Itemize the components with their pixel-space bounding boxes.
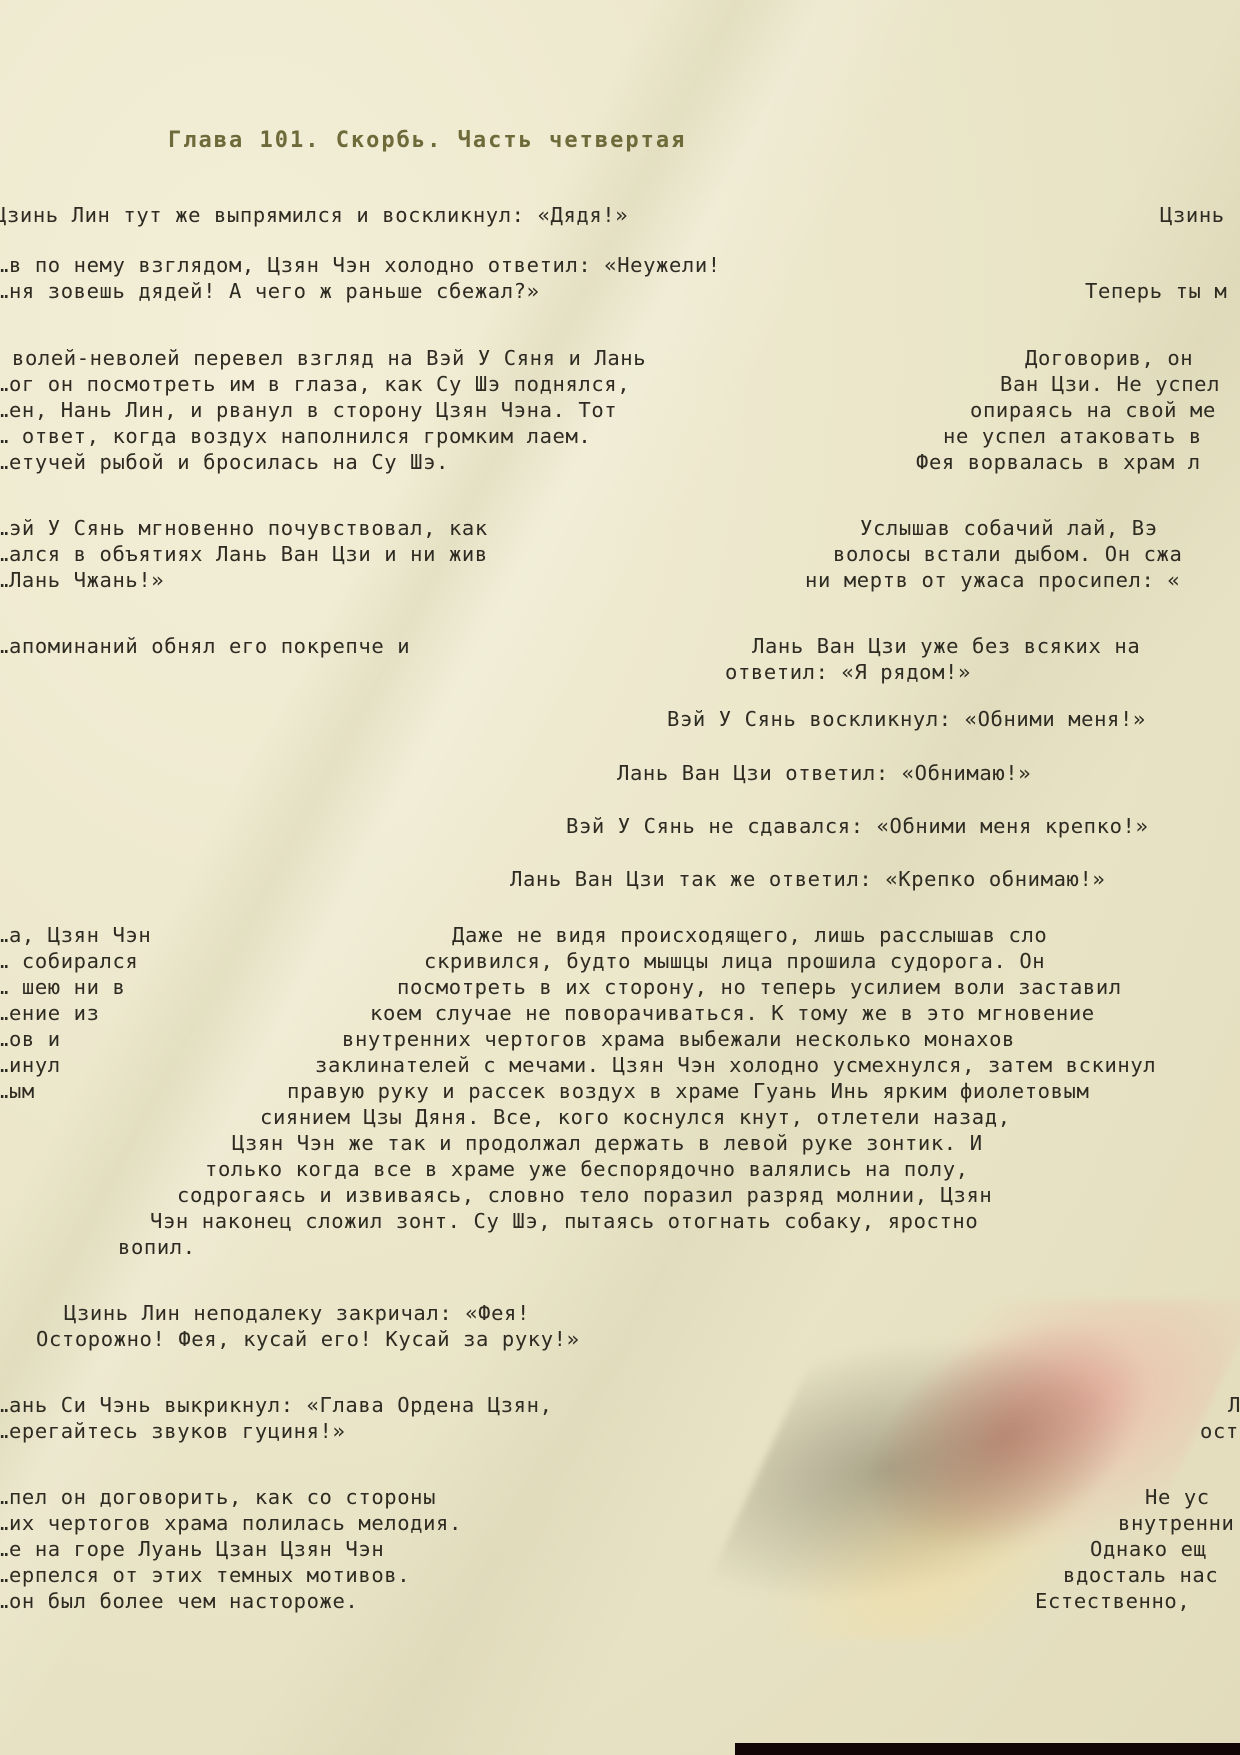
text-line: Фея ворвалась в храм л (916, 449, 1201, 475)
text-line: …а, Цзян Чэн (0, 922, 151, 948)
text-line: Лань Ван Цзи так же ответил: «Крепко обн… (510, 866, 1105, 892)
text-line: …ался в объятиях Лань Ван Цзи и ни жив (0, 541, 488, 567)
text-line: …инул (0, 1052, 61, 1078)
text-line: …эй У Сянь мгновенно почувствовал, как (0, 515, 488, 541)
text-line: Лань Ван Цзи уже без всяких на (752, 633, 1140, 659)
text-line: … ответ, когда воздух наполнился громким… (0, 423, 591, 449)
text-line: волей-неволей перевел взгляд на Вэй У Ся… (12, 345, 646, 371)
text-line: скривился, будто мышцы лица прошила судо… (424, 948, 1045, 974)
chapter-title-text: Глава 101. Скорбь. Часть четвертая (168, 128, 686, 153)
text-line: …их чертогов храма полилась мелодия. (0, 1510, 462, 1536)
text-line: …етучей рыбой и бросилась на Су Шэ. (0, 449, 449, 475)
text-line: …Лань Чжань!» (0, 567, 164, 593)
text-line: внутренних чертогов храма выбежали неско… (342, 1026, 1015, 1052)
text-line: …ов и (0, 1026, 61, 1052)
text-line: Цзинь Лин неподалеку закричал: «Фея! (64, 1300, 530, 1326)
page-edge-bar (735, 1743, 1240, 1755)
text-line: Теперь ты м (1085, 278, 1227, 304)
text-line: …он был более чем настороже. (0, 1588, 358, 1614)
text-line: не успел атаковать в (943, 423, 1202, 449)
text-line: Вэй У Сянь не сдавался: «Обними меня кре… (566, 813, 1148, 839)
text-line: …ня зовешь дядей! А чего ж раньше сбежал… (0, 278, 540, 304)
text-line: вдосталь нас (1063, 1562, 1218, 1588)
text-line: содрогаясь и извиваясь, словно тело пора… (177, 1182, 992, 1208)
text-line: …ерпелся от этих темных мотивов. (0, 1562, 410, 1588)
text-line: Вэй У Сянь воскликнул: «Обними меня!» (667, 706, 1146, 732)
text-line: Осторожно! Фея, кусай его! Кусай за руку… (36, 1326, 580, 1352)
text-line: Л (1228, 1392, 1240, 1418)
text-line: ост (1200, 1418, 1239, 1444)
text-line: заклинателей с мечами. Цзян Чэн холодно … (315, 1052, 1156, 1078)
chapter-title: Глава 101. Скорбь. Часть четвертая (168, 128, 686, 153)
text-line: … собирался (0, 948, 138, 974)
text-line: …ен, Нань Лин, и рванул в сторону Цзян Ч… (0, 397, 617, 423)
text-line: Договорив, он (1025, 345, 1193, 371)
text-line: только когда все в храме уже беспорядочн… (205, 1156, 969, 1182)
text-line: …ань Си Чэнь выкрикнул: «Глава Ордена Цз… (0, 1392, 553, 1418)
text-line: Цзян Чэн же так и продолжал держать в ле… (232, 1130, 983, 1156)
text-line: …ерегайтесь звуков гуциня!» (0, 1418, 345, 1444)
text-line: …ым (0, 1078, 35, 1104)
text-line: коем случае не поворачиваться. К тому же… (370, 1000, 1095, 1026)
text-line: Естественно, (1035, 1588, 1190, 1614)
text-line: …в по нему взглядом, Цзян Чэн холодно от… (0, 252, 721, 278)
text-line: Ван Цзи. Не успел (1000, 371, 1220, 397)
text-line: волосы встали дыбом. Он сжа (833, 541, 1182, 567)
text-line: ответил: «Я рядом!» (725, 659, 971, 685)
text-line: Чэн наконец сложил зонт. Су Шэ, пытаясь … (150, 1208, 978, 1234)
text-line: Цзинь (1160, 202, 1225, 228)
text-line: …пел он договорить, как со стороны (0, 1484, 436, 1510)
text-line: …ение из (0, 1000, 100, 1026)
text-line: …апоминаний обнял его покрепче и (0, 633, 410, 659)
text-line: посмотреть в их сторону, но теперь усили… (397, 974, 1122, 1000)
text-line: … шею ни в (0, 974, 125, 1000)
text-line: правую руку и рассек воздух в храме Гуан… (287, 1078, 1089, 1104)
text-line: вопил. (118, 1234, 196, 1260)
text-line: Не ус (1145, 1484, 1210, 1510)
text-line: Даже не видя происходящего, лишь расслыш… (452, 922, 1047, 948)
text-line: ни мертв от ужаса просипел: « (805, 567, 1180, 593)
text-line: Однако ещ (1090, 1536, 1206, 1562)
text-line: Цзинь Лин тут же выпрямился и воскликнул… (0, 202, 628, 228)
text-line: опираясь на свой ме (970, 397, 1216, 423)
text-line: сиянием Цзы Дяня. Все, кого коснулся кну… (260, 1104, 1011, 1130)
text-line: …е на горе Луань Цзан Цзян Чэн (0, 1536, 384, 1562)
text-line: Лань Ван Цзи ответил: «Обнимаю!» (617, 760, 1031, 786)
text-line: Услышав собачий лай, Вэ (860, 515, 1158, 541)
text-line: …ог он посмотреть им в глаза, как Су Шэ … (0, 371, 630, 397)
text-line: внутренни (1118, 1510, 1234, 1536)
